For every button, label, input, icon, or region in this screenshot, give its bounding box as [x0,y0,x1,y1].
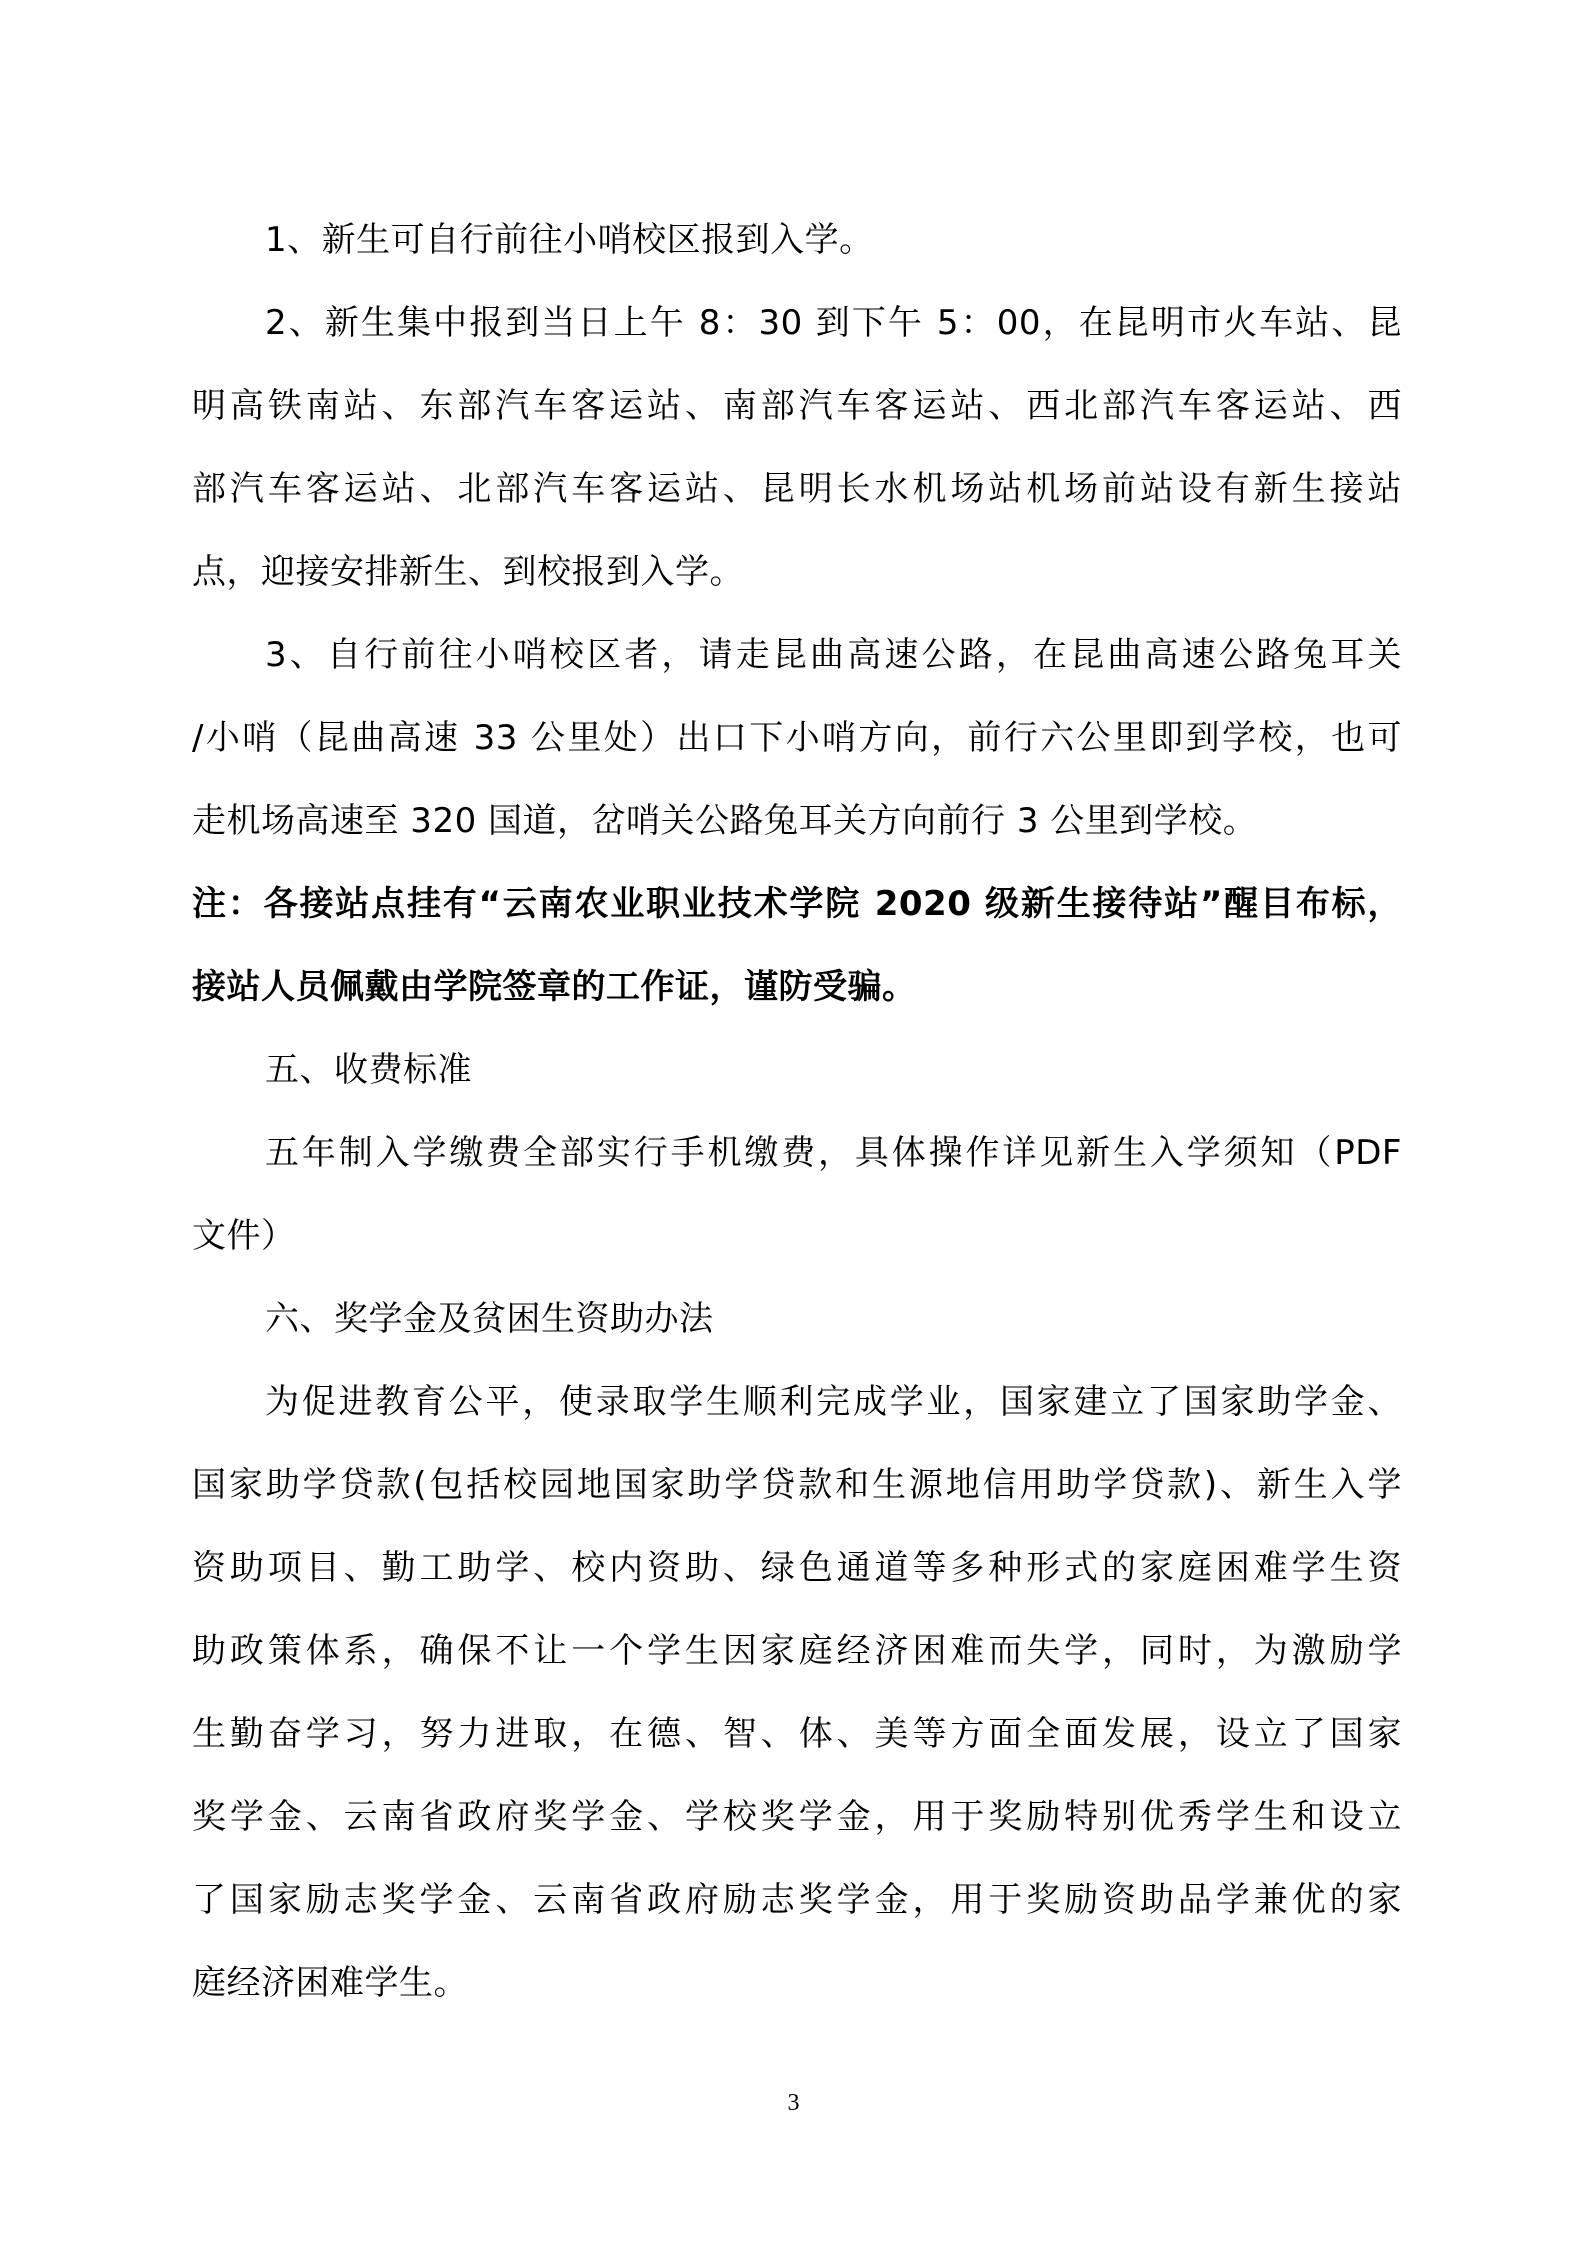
text-line: 点，迎接安排新生、到校报到入学。 [192,542,1402,602]
text-line: 3、自行前往小哨校区者，请走昆曲高速公路，在昆曲高速公路兔耳关 [265,625,1402,685]
text-line: 部汽车客运站、北部汽车客运站、昆明长水机场站机场前站设有新生接站 [192,459,1402,519]
text-line: 为促进教育公平，使录取学生顺利完成学业，国家建立了国家助学金、 [265,1372,1402,1432]
text-line: 2、新生集中报到当日上午 8：30 到下午 5：00，在昆明市火车站、昆 [265,293,1402,353]
text-line: /小哨（昆曲高速 33 公里处）出口下小哨方向，前行六公里即到学校，也可 [192,708,1402,768]
notice-line: 接站人员佩戴由学院签章的工作证，谨防受骗。 [192,957,1402,1017]
text-line: 奖学金、云南省政府奖学金、学校奖学金，用于奖励特别优秀学生和设立 [192,1787,1402,1847]
notice-line: 注：各接站点挂有“云南农业职业技术学院 2020 级新生接待站”醒目布标， [192,874,1402,934]
text-line: 庭经济困难学生。 [192,1953,1402,2013]
text-line: 五年制入学缴费全部实行手机缴费，具体操作详见新生入学须知（PDF [265,1123,1402,1183]
text-line: 国家助学贷款(包括校园地国家助学贷款和生源地信用助学贷款)、新生入学 [192,1455,1402,1515]
text-line: 文件） [192,1206,1402,1266]
text-line: 明高铁南站、东部汽车客运站、南部汽车客运站、西北部汽车客运站、西 [192,376,1402,436]
text-line: 助政策体系，确保不让一个学生因家庭经济困难而失学，同时，为激励学 [192,1621,1402,1681]
text-line: 资助项目、勤工助学、校内资助、绿色通道等多种形式的家庭困难学生资 [192,1538,1402,1598]
page-number: 3 [0,2090,1587,2117]
document-page: 1、新生可自行前往小哨校区报到入学。2、新生集中报到当日上午 8：30 到下午 … [0,0,1587,2245]
text-line: 了国家励志奖学金、云南省政府励志奖学金，用于奖励资助品学兼优的家 [192,1870,1402,1930]
text-line: 1、新生可自行前往小哨校区报到入学。 [265,210,1402,270]
text-line: 生勤奋学习，努力进取，在德、智、体、美等方面全面发展，设立了国家 [192,1704,1402,1764]
text-line: 六、奖学金及贫困生资助办法 [265,1289,1402,1349]
text-line: 走机场高速至 320 国道，岔哨关公路兔耳关方向前行 3 公里到学校。 [192,791,1402,851]
text-line: 五、收费标准 [265,1040,1402,1100]
